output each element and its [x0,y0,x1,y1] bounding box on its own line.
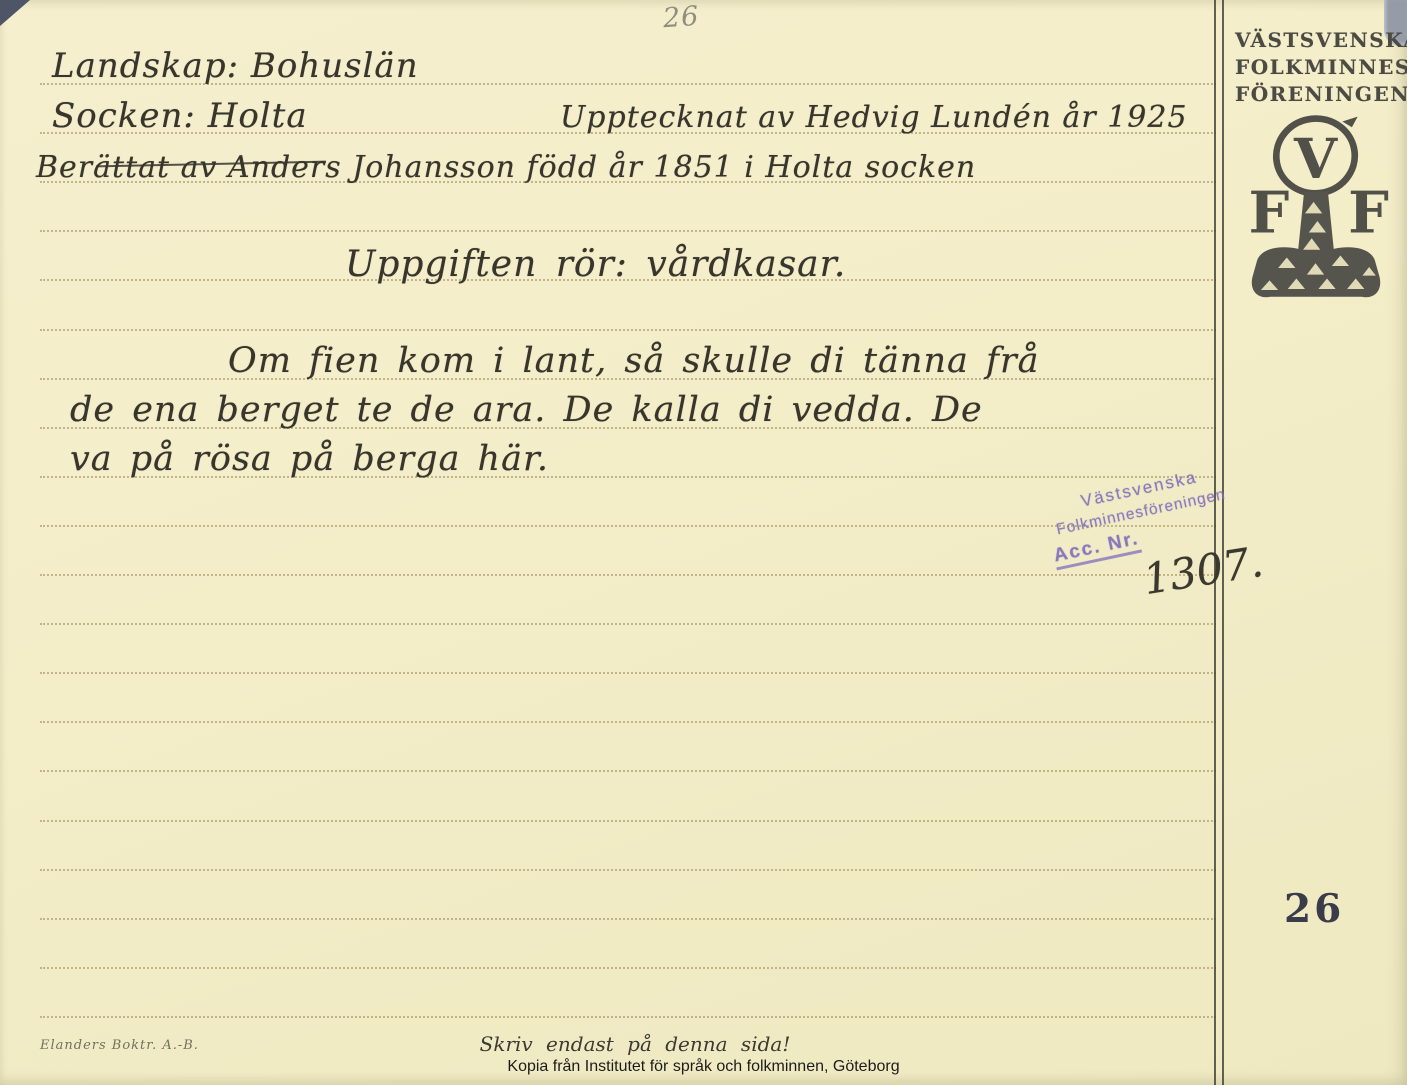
emblem-letter-f-right: F [1348,179,1389,247]
dotted-rule-line [40,721,1216,723]
handwriting-body-line-1: Om fien kom i lant, så skulle di tänna f… [228,341,1040,381]
pencil-page-number: 26 [662,1,700,34]
dotted-rule-line [40,820,1216,822]
emblem-letter-f-left: F [1248,179,1289,247]
scan-corner-top-left [0,0,30,26]
dotted-rule-line [40,967,1216,969]
handwriting-body-line-3: va på rösa på berga här. [70,439,549,479]
handwriting-accession-number: 1307. [1140,537,1266,604]
society-name: VÄSTSVENSKA FOLKMINNES= FÖRENINGEN [1235,27,1400,108]
society-name-line-2: FOLKMINNES= [1235,54,1400,81]
handwriting-landskap: Landskap: Bohuslän [52,46,419,86]
dotted-rule-line [40,869,1216,871]
dotted-rule-line [40,329,1216,331]
handwriting-subject: Uppgiften rör: vårdkasar. [345,244,846,285]
printed-card-number: 26 [1284,886,1344,932]
archive-copy-note: Kopia från Institutet för språk och folk… [0,1058,1407,1076]
handwriting-berattat: Berättat av Anders Johansson född år 185… [36,150,976,185]
society-name-line-1: VÄSTSVENSKA [1235,27,1400,54]
dotted-rule-line [40,230,1216,232]
emblem-letter-v: V [1293,127,1338,192]
handwriting-upptecknat: Upptecknat av Hedvig Lundén år 1925 [560,100,1188,135]
dotted-rule-line [40,574,1216,576]
dotted-rule-line [40,623,1216,625]
dotted-rule-line [40,525,1216,527]
dotted-rule-line [40,672,1216,674]
society-name-line-3: FÖRENINGEN [1235,81,1400,108]
record-card: 26 Landskap: Bohuslän Socken: Holta Uppt… [0,0,1407,1085]
dotted-rule-line [40,770,1216,772]
vff-thors-hammer-logo-icon: V F F [1237,106,1395,320]
dotted-rule-line [40,918,1216,920]
dotted-rule-line [40,1016,1216,1018]
handwriting-body-line-2: de ena berget te de ara. De kalla di ved… [70,390,983,430]
handwriting-socken: Socken: Holta [52,96,308,136]
card-instruction: Skriv endast på denna sida! [0,1032,1270,1056]
